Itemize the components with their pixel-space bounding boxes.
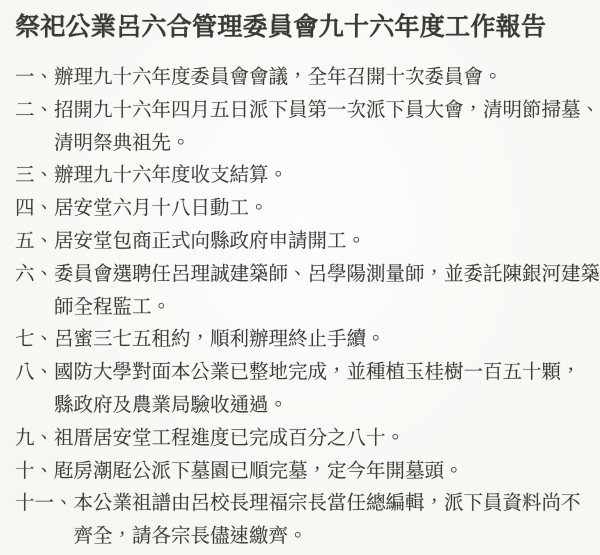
item-marker: 五、 (15, 231, 54, 252)
report-item: 十、屘房潮屘公派下墓園已順完墓，定今年開墓頭。 (15, 456, 600, 489)
report-item: 七、呂蜜三七五租約，順利辦理終止手續。 (15, 324, 600, 357)
item-marker: 三、 (15, 165, 54, 186)
item-line: 委員會選聘任呂理誠建築師、呂學陽測量師，並委託陳銀河建築 (54, 264, 600, 285)
report-item: 五、居安堂包商正式向縣政府申請開工。 (15, 226, 600, 259)
item-line: 辦理九十六年度收支結算。 (54, 165, 288, 186)
item-marker: 一、 (15, 67, 54, 88)
report-item: 九、祖厝居安堂工程進度已完成百分之八十。 (15, 423, 600, 456)
scanned-report-page: 祭祀公業呂六合管理委員會九十六年度工作報告 一、辦理九十六年度委員會會議，全年召… (0, 0, 600, 555)
item-marker: 六、 (15, 264, 54, 285)
report-item: 八、國防大學對面本公業已整地完成，並種植玉桂樹一百五十顆，縣政府及農業局驗收通過… (15, 357, 600, 423)
item-line: 居安堂包商正式向縣政府申請開工。 (54, 231, 366, 252)
item-line: 齊全，請各宗長儘速繳齊。 (74, 526, 308, 547)
report-item: 一、辦理九十六年度委員會會議，全年召開十次委員會。 (15, 62, 600, 95)
item-line: 清明祭典祖先。 (54, 133, 191, 154)
item-line: 屘房潮屘公派下墓園已順完墓，定今年開墓頭。 (54, 461, 464, 482)
report-item-list: 一、辦理九十六年度委員會會議，全年召開十次委員會。二、招開九十六年四月五日派下員… (15, 62, 600, 554)
report-item: 十一、本公業祖譜由呂校長理福宗長當任總編輯，派下員資料尚不齊全，請各宗長儘速繳齊… (15, 488, 600, 554)
item-line: 縣政府及農業局驗收通過。 (54, 395, 288, 416)
item-marker: 二、 (15, 100, 54, 121)
report-title: 祭祀公業呂六合管理委員會九十六年度工作報告 (15, 10, 600, 46)
item-marker: 九、 (15, 428, 54, 449)
item-line: 辦理九十六年度委員會會議，全年召開十次委員會。 (54, 67, 503, 88)
report-item: 三、辦理九十六年度收支結算。 (15, 160, 600, 193)
item-line: 國防大學對面本公業已整地完成，並種植玉桂樹一百五十顆， (54, 362, 581, 383)
report-item: 六、委員會選聘任呂理誠建築師、呂學陽測量師，並委託陳銀河建築師全程監工。 (15, 259, 600, 325)
item-marker: 七、 (15, 329, 54, 350)
item-line: 居安堂六月十八日動工。 (54, 198, 269, 219)
item-marker: 十、 (15, 461, 54, 482)
item-line: 本公業祖譜由呂校長理福宗長當任總編輯，派下員資料尚不 (74, 493, 581, 514)
item-marker: 十一、 (15, 493, 74, 514)
item-marker: 四、 (15, 198, 54, 219)
report-item: 二、招開九十六年四月五日派下員第一次派下員大會，清明節掃墓、清明祭典祖先。 (15, 95, 600, 161)
item-line: 師全程監工。 (54, 297, 171, 318)
item-marker: 八、 (15, 362, 54, 383)
item-line: 招開九十六年四月五日派下員第一次派下員大會，清明節掃墓、 (54, 100, 600, 121)
item-line: 祖厝居安堂工程進度已完成百分之八十。 (54, 428, 405, 449)
report-item: 四、居安堂六月十八日動工。 (15, 193, 600, 226)
item-line: 呂蜜三七五租約，順利辦理終止手續。 (54, 329, 386, 350)
